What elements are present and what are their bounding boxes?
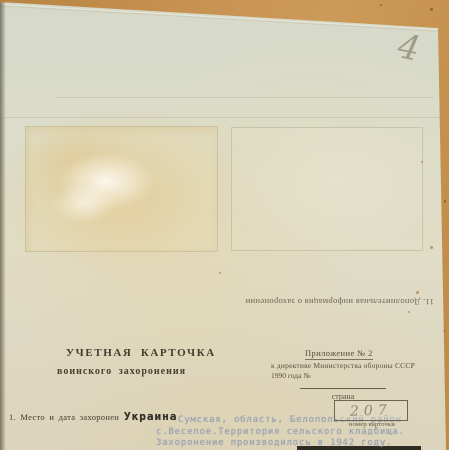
pencil-page-number: 4 bbox=[394, 26, 423, 70]
card-subtitle: воинского захоронения bbox=[57, 366, 186, 377]
field1-label: 1. Место и дата захоронен bbox=[9, 412, 119, 422]
cardboard-speck bbox=[444, 200, 446, 203]
photo-imprint-left bbox=[25, 126, 218, 252]
foxing-dot bbox=[416, 291, 419, 294]
screenshot-root: { "page": { "page_number_pencil": "4", "… bbox=[0, 0, 449, 450]
photo-imprint-right bbox=[231, 127, 423, 251]
paper-left-shadow bbox=[0, 0, 6, 450]
reversed-section11-text: 11. Дополнительная информация о захороне… bbox=[234, 297, 434, 307]
annex-directive-line: к директиве Министерства обороны СССР bbox=[271, 361, 415, 370]
foxing-dot bbox=[430, 246, 433, 249]
separator-line bbox=[300, 388, 386, 389]
typed-line-2: с.Веселое.Территория сельского кладбища. bbox=[156, 427, 405, 437]
foxing-dot bbox=[421, 161, 423, 163]
foxing-dot bbox=[219, 272, 221, 274]
paper-top-edge bbox=[0, 4, 449, 32]
fold-line bbox=[55, 97, 435, 98]
foxing-dot bbox=[408, 311, 410, 313]
fold-line bbox=[0, 117, 449, 118]
typed-line-3: Захоронение производилось в 1942 году. bbox=[156, 438, 392, 448]
cardboard-speck bbox=[380, 4, 382, 6]
card-number-box: 207 bbox=[334, 400, 408, 421]
cardboard-speck bbox=[430, 8, 433, 11]
card-title: УЧЕТНАЯ КАРТОЧКА bbox=[66, 347, 216, 359]
annex-year-line: 1990 года № bbox=[271, 371, 310, 380]
card-paper: 4 11. Дополнительная информация о захоро… bbox=[0, 0, 449, 450]
typed-country-value: Украина bbox=[124, 410, 177, 423]
card-number-pencil: 207 bbox=[350, 402, 392, 419]
annex-heading: Приложение № 2 bbox=[305, 348, 373, 360]
card-number-caption: номер карточки bbox=[334, 421, 410, 428]
